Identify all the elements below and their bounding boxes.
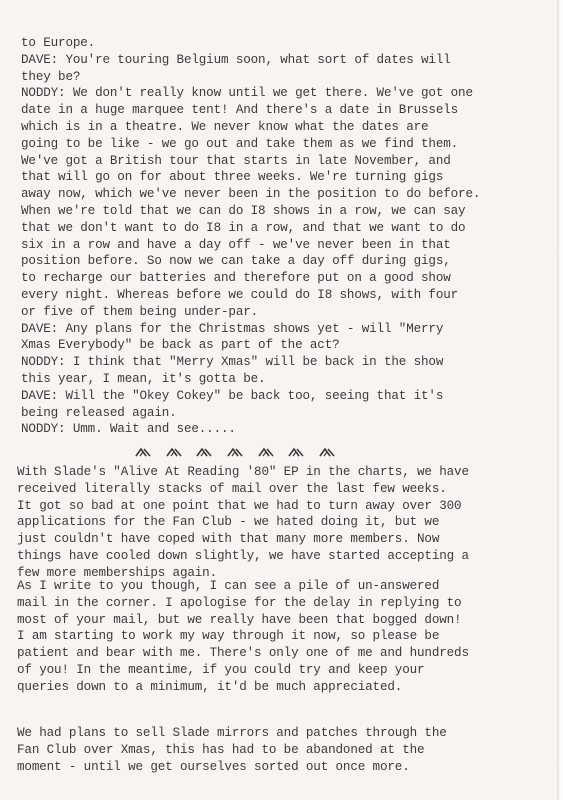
text-line: DAVE: Will the "Okey Cokey" be back too,… xyxy=(21,388,480,405)
text-line: or five of them being under-par. xyxy=(21,304,480,321)
text-line: that we don't want to do I8 in a row, an… xyxy=(21,220,480,237)
text-line: they be? xyxy=(21,69,480,86)
chevron-ornament-icon xyxy=(319,447,335,457)
text-line: patient and bear with me. There's only o… xyxy=(17,645,469,662)
text-line: received literally stacks of mail over t… xyxy=(17,481,469,498)
text-line: We've got a British tour that starts in … xyxy=(21,153,480,170)
text-line: to recharge our batteries and therefore … xyxy=(21,270,480,287)
text-line: NODDY: Umm. Wait and see..... xyxy=(21,421,480,438)
text-line: most of your mail, but we really have be… xyxy=(17,612,469,629)
chevron-ornament-icon xyxy=(166,447,182,457)
text-line: that will go on for about three weeks. W… xyxy=(21,169,480,186)
text-line: position before. So now we can take a da… xyxy=(21,253,480,270)
text-line: which is in a theatre. We never know wha… xyxy=(21,119,480,136)
text-line: As I write to you though, I can see a pi… xyxy=(17,578,469,595)
chevron-ornament-icon xyxy=(135,447,151,457)
text-line: DAVE: You're touring Belgium soon, what … xyxy=(21,52,480,69)
text-line: of you! In the meantime, if you could tr… xyxy=(17,662,469,679)
text-line: queries down to a minimum, it'd be much … xyxy=(17,679,469,696)
chevron-ornament-icon xyxy=(288,447,304,457)
text-line: this year, I mean, it's gotta be. xyxy=(21,371,480,388)
text-line: NODDY: I think that "Merry Xmas" will be… xyxy=(21,354,480,371)
text-line: NODDY: We don't really know until we get… xyxy=(21,85,480,102)
text-line: six in a row and have a day off - we've … xyxy=(21,237,480,254)
text-line: just couldn't have coped with that many … xyxy=(17,531,469,548)
page-edge xyxy=(557,0,563,800)
section-separator xyxy=(135,447,335,457)
text-line: Fan Club over Xmas, this has had to be a… xyxy=(17,742,447,759)
text-line: things have cooled down slightly, we hav… xyxy=(17,548,469,565)
text-line: mail in the corner. I apologise for the … xyxy=(17,595,469,612)
chevron-ornament-icon xyxy=(227,447,243,457)
text-line: Xmas Everybody" be back as part of the a… xyxy=(21,337,480,354)
text-line: away now, which we've never been in the … xyxy=(21,186,480,203)
paragraph-merchandise: We had plans to sell Slade mirrors and p… xyxy=(17,725,447,775)
text-line: We had plans to sell Slade mirrors and p… xyxy=(17,725,447,742)
text-line: being released again. xyxy=(21,405,480,422)
text-line: DAVE: Any plans for the Christmas shows … xyxy=(21,321,480,338)
text-line: going to be like - we go out and take th… xyxy=(21,136,480,153)
text-line: With Slade's "Alive At Reading '80" EP i… xyxy=(17,464,469,481)
text-line: moment - until we get ourselves sorted o… xyxy=(17,759,447,776)
text-line: date in a huge marquee tent! And there's… xyxy=(21,102,480,119)
text-line: When we're told that we can do I8 shows … xyxy=(21,203,480,220)
typed-page: to Europe.DAVE: You're touring Belgium s… xyxy=(0,0,557,800)
text-line: applications for the Fan Club - we hated… xyxy=(17,514,469,531)
paragraph-apology: As I write to you though, I can see a pi… xyxy=(17,578,469,696)
text-line: every night. Whereas before we could do … xyxy=(21,287,480,304)
chevron-ornament-icon xyxy=(196,447,212,457)
paragraph-mail-stacks: With Slade's "Alive At Reading '80" EP i… xyxy=(17,464,469,582)
interview-block: to Europe.DAVE: You're touring Belgium s… xyxy=(21,35,480,438)
text-line: It got so bad at one point that we had t… xyxy=(17,498,469,515)
text-line: to Europe. xyxy=(21,35,480,52)
text-line: I am starting to work my way through it … xyxy=(17,628,469,645)
chevron-ornament-icon xyxy=(258,447,274,457)
